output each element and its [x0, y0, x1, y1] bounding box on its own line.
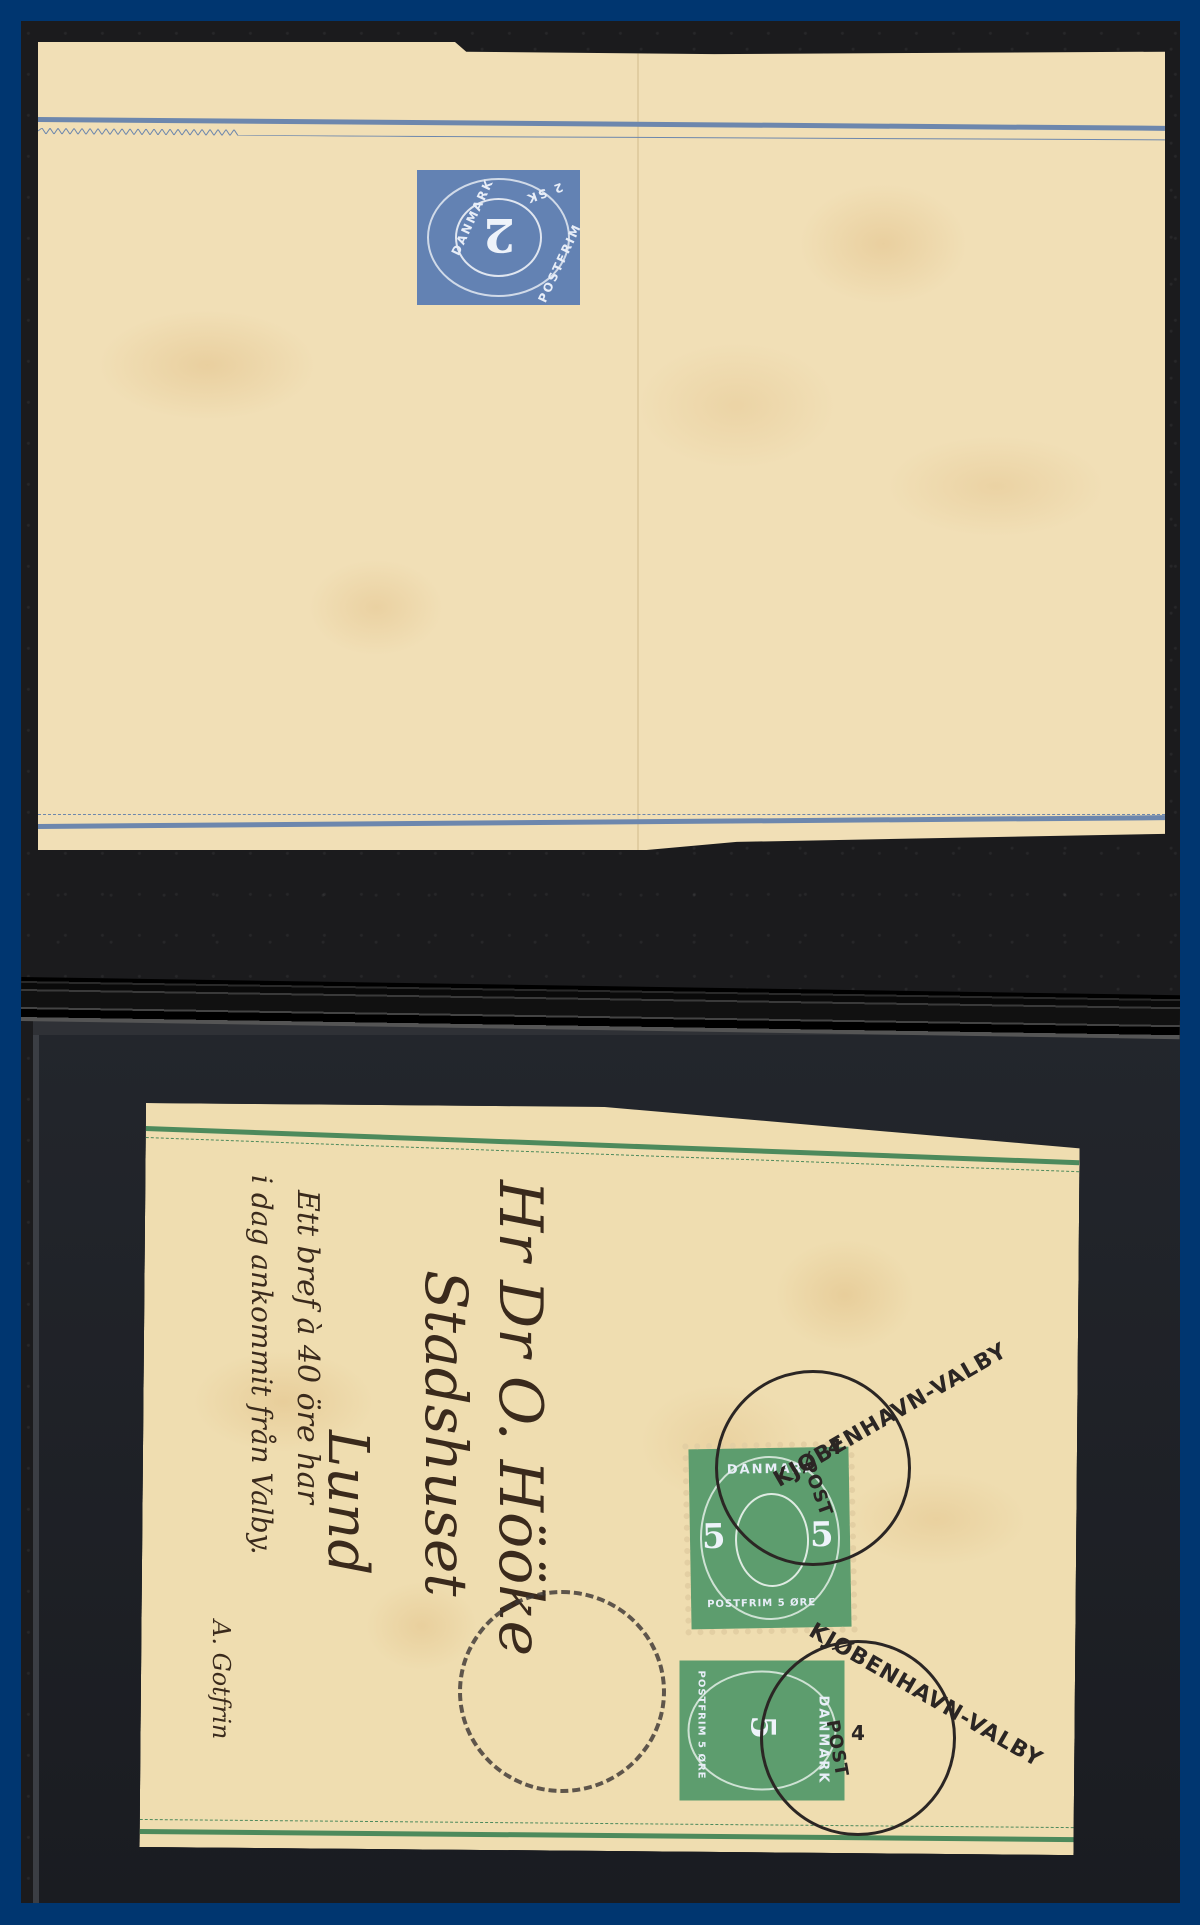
cancel-day: 4 — [851, 1721, 866, 1745]
message-line-2: i dag ankommit från Valby. — [245, 1175, 278, 1555]
address-line-2: Stadshuset — [412, 1270, 480, 1597]
bottom-zigzag — [38, 814, 1165, 821]
address-line-1: Hr Dr O. Hööke — [485, 1180, 555, 1656]
cancel-postmark-1: KJØBENHAVN-VALBY 4 POST — [715, 1370, 911, 1566]
signature: A. Gotfrin — [207, 1620, 235, 1739]
stamp-inscription: POSTFRIM 5 ØRE — [707, 1597, 816, 1610]
top-wrapper — [38, 42, 1165, 850]
fold-crease — [637, 42, 639, 850]
stamp-numeral: 2 — [483, 208, 515, 262]
cancel-label: POST — [822, 1718, 853, 1779]
blue-2-skilling-stamp: 2 DANMARK POSTFRIM 2 SK — [417, 170, 580, 305]
message-line-1: Ett bref à 40 öre har — [290, 1190, 325, 1504]
cancel-day: 4 — [828, 1435, 843, 1459]
top-zigzag — [38, 128, 1165, 143]
stamp-numeral-left: 5 — [702, 1517, 726, 1557]
cancel-postmark-2: KJØBENHAVN-VALBY 4 POST — [760, 1640, 956, 1836]
stamp-inscription: POSTFRIM 5 ØRE — [696, 1671, 707, 1780]
receiving-postmark — [458, 1590, 666, 1793]
cancel-label: POST — [797, 1458, 836, 1519]
